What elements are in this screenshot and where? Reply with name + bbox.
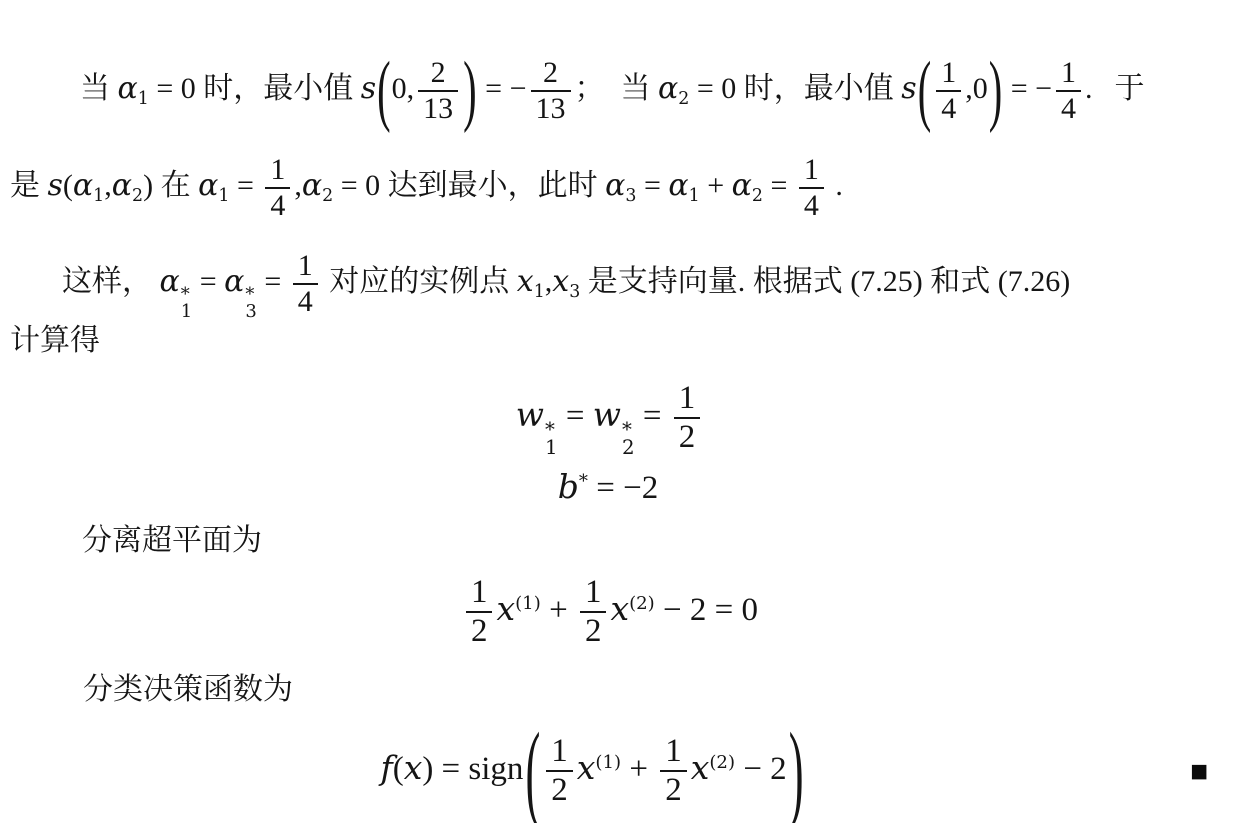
text-run: = 0 时，最小值 bbox=[149, 72, 353, 105]
var-subscript: 3 bbox=[625, 186, 636, 206]
text-run: 分类决策函数为 bbox=[83, 673, 293, 706]
fraction-1-2: 12 bbox=[466, 575, 493, 649]
numerator: 1 bbox=[466, 575, 493, 611]
text-run: = − bbox=[1003, 72, 1052, 105]
open-paren: ( bbox=[63, 169, 73, 202]
math-var-alpha1-star: α*1 bbox=[160, 264, 193, 299]
var-superscript: * bbox=[579, 471, 588, 492]
var-base: α bbox=[732, 168, 752, 203]
text-run: = bbox=[192, 265, 224, 298]
var-subscript: 1 bbox=[93, 186, 104, 206]
fraction-1-4: 14 bbox=[265, 154, 290, 222]
paragraph-line-1: 当 α1 = 0 时，最小值 s(0,213) = −213；当 α2 = 0 … bbox=[80, 40, 1145, 138]
var-base: α bbox=[605, 168, 625, 203]
var-superscript: (1) bbox=[595, 752, 621, 773]
math-var-x1-comp: x(1) bbox=[496, 589, 540, 628]
denominator: 13 bbox=[418, 90, 458, 125]
text-run: = bbox=[558, 398, 593, 434]
text-run: = bbox=[257, 265, 289, 298]
fraction-1-4: 14 bbox=[936, 57, 961, 125]
math-var-b-star: b* bbox=[558, 467, 588, 506]
var-base: α bbox=[302, 168, 322, 203]
text-run: 分离超平面为 bbox=[82, 524, 262, 557]
math-var-x2-comp: x(2) bbox=[610, 589, 654, 628]
qed-marker-icon: ■ bbox=[1190, 752, 1208, 792]
numerator: 1 bbox=[674, 381, 701, 417]
numerator: 1 bbox=[265, 154, 290, 186]
text-run: 当 bbox=[621, 72, 659, 105]
text-run: 对应的实例点 bbox=[322, 265, 517, 298]
text-run: 当 bbox=[80, 72, 118, 105]
close-paren: ) bbox=[789, 717, 804, 823]
text-run: 是支持向量. 根据式 (7.25) 和式 (7.26) bbox=[580, 265, 1070, 298]
math-var-alpha2: α2 bbox=[112, 168, 143, 203]
paragraph-line-2: 是 s(α1,α2) 在 α1 = 14,α2 = 0 达到最小，此时 α3 =… bbox=[10, 137, 843, 235]
text-run: ； bbox=[575, 72, 605, 105]
var-superscript: (2) bbox=[709, 752, 735, 773]
fraction-2-13: 213 bbox=[531, 57, 571, 125]
paragraph-line-3: 这样， α*1 = α*3 = 14 对应的实例点 x1,x3 是支持向量. 根… bbox=[62, 233, 1070, 331]
denominator: 4 bbox=[265, 187, 290, 222]
text-run: + bbox=[541, 592, 576, 628]
text-run: = bbox=[229, 169, 261, 202]
open-paren: ( bbox=[377, 52, 391, 131]
black-square-icon: ■ bbox=[1190, 755, 1208, 788]
denominator: 2 bbox=[674, 417, 701, 456]
var-base: x bbox=[517, 264, 534, 299]
open-paren: ( bbox=[393, 751, 404, 787]
close-paren: ) bbox=[143, 169, 153, 202]
scanned-textbook-page: 当 α1 = 0 时，最小值 s(0,213) = −213；当 α2 = 0 … bbox=[0, 0, 1240, 823]
var-base: α bbox=[73, 168, 93, 203]
decision-function-caption: 分类决策函数为 bbox=[83, 668, 293, 712]
var-subscript: 2 bbox=[322, 186, 333, 206]
text-run: ) = sign bbox=[422, 751, 523, 787]
equation-decision-function: f(x) = sign(12x(1) + 12x(2) − 2) bbox=[0, 712, 1213, 823]
var-scripts: *2 bbox=[622, 421, 635, 457]
denominator: 2 bbox=[580, 611, 607, 650]
numerator: 1 bbox=[799, 154, 824, 186]
math-var-alpha3: α3 bbox=[605, 168, 636, 203]
open-paren: ( bbox=[525, 717, 540, 823]
text-run: − 2 = 0 bbox=[655, 592, 758, 628]
math-var-alpha1: α1 bbox=[668, 168, 699, 203]
var-subscript: 1 bbox=[689, 186, 700, 206]
var-base: x bbox=[577, 748, 596, 787]
var-subscript: 1 bbox=[138, 89, 149, 109]
text-run: 于 bbox=[1115, 72, 1145, 105]
var-base: b bbox=[558, 467, 579, 506]
open-paren: ( bbox=[918, 52, 932, 131]
math-var-x2-comp: x(2) bbox=[691, 748, 735, 787]
var-base: α bbox=[224, 264, 244, 299]
text-run: = bbox=[635, 398, 670, 434]
hyperplane-caption: 分离超平面为 bbox=[82, 519, 262, 563]
fraction-1-2: 12 bbox=[546, 734, 573, 808]
equation-b-star: b* = −2 bbox=[0, 462, 1228, 513]
var-subscript: 1 bbox=[218, 186, 229, 206]
math-var-w1-star: w*1 bbox=[516, 395, 558, 434]
var-base: α bbox=[668, 168, 688, 203]
var-superscript: (2) bbox=[629, 593, 655, 614]
fraction-1-4: 14 bbox=[293, 250, 318, 318]
text-run: + bbox=[700, 169, 732, 202]
fraction-1-2: 12 bbox=[660, 734, 687, 808]
text-run: = 0 达到最小，此时 bbox=[333, 169, 605, 202]
denominator: 4 bbox=[799, 187, 824, 222]
math-var-alpha2: α2 bbox=[302, 168, 333, 203]
text-run: 在 bbox=[153, 169, 198, 202]
var-base: α bbox=[160, 264, 180, 299]
math-var-w2-star: w*2 bbox=[593, 395, 635, 434]
var-subscript: 2 bbox=[622, 439, 635, 457]
numerator: 2 bbox=[538, 57, 563, 89]
math-var-alpha1: α1 bbox=[118, 71, 149, 106]
period: . bbox=[828, 169, 843, 202]
var-scripts: *1 bbox=[545, 421, 558, 457]
text-run: . bbox=[1085, 72, 1093, 105]
var-base: x bbox=[691, 748, 710, 787]
numerator: 1 bbox=[293, 250, 318, 282]
math-var-x1-comp: x(1) bbox=[577, 748, 621, 787]
equation-hyperplane: 12x(1) + 12x(2) − 2 = 0 bbox=[0, 563, 1230, 656]
math-var-x: x bbox=[404, 748, 423, 787]
var-subscript: 3 bbox=[569, 282, 580, 302]
numerator: 2 bbox=[426, 57, 451, 89]
denominator: 2 bbox=[466, 611, 493, 650]
text-run: ,0 bbox=[965, 72, 988, 105]
text-run: 是 bbox=[10, 169, 48, 202]
paragraph-line-4: 计算得 bbox=[10, 318, 100, 364]
text-run: = bbox=[763, 169, 795, 202]
math-var-x1: x1 bbox=[517, 264, 545, 299]
numerator: 1 bbox=[546, 734, 573, 770]
numerator: 1 bbox=[936, 57, 961, 89]
fraction-2-13: 213 bbox=[418, 57, 458, 125]
math-var-x3: x3 bbox=[552, 264, 580, 299]
denominator: 2 bbox=[546, 770, 573, 809]
var-base: α bbox=[198, 168, 218, 203]
var-subscript: 2 bbox=[678, 89, 689, 109]
var-subscript: 2 bbox=[752, 186, 763, 206]
var-base: α bbox=[118, 71, 138, 106]
var-superscript: (1) bbox=[515, 593, 541, 614]
text-run: 这样， bbox=[62, 265, 160, 298]
text-run: = 0 时，最小值 bbox=[689, 72, 893, 105]
math-var-alpha1: α1 bbox=[73, 168, 104, 203]
fraction-1-4: 14 bbox=[799, 154, 824, 222]
denominator: 4 bbox=[1056, 90, 1081, 125]
text-run: = bbox=[636, 169, 668, 202]
var-subscript: 1 bbox=[181, 304, 192, 321]
fraction-1-2: 12 bbox=[580, 575, 607, 649]
close-paren: ) bbox=[463, 52, 477, 131]
var-base: w bbox=[593, 395, 621, 434]
numerator: 1 bbox=[1056, 57, 1081, 89]
denominator: 4 bbox=[293, 283, 318, 318]
text-run: = −2 bbox=[588, 470, 658, 506]
var-base: w bbox=[516, 395, 544, 434]
equation-w-star: w*1 = w*2 = 12 bbox=[0, 368, 1230, 463]
text-run: = − bbox=[478, 72, 527, 105]
close-paren: ) bbox=[989, 52, 1003, 131]
fraction-1-2: 12 bbox=[674, 381, 701, 455]
comma: , bbox=[294, 169, 302, 202]
math-var-alpha1: α1 bbox=[198, 168, 229, 203]
math-var-alpha2: α2 bbox=[732, 168, 763, 203]
math-var-s: s bbox=[48, 168, 63, 203]
text-run: − 2 bbox=[735, 751, 787, 787]
var-base: x bbox=[496, 589, 515, 628]
var-scripts: *1 bbox=[181, 287, 192, 320]
math-var-s: s bbox=[361, 71, 376, 106]
var-subscript: 3 bbox=[245, 304, 256, 321]
var-subscript: 1 bbox=[534, 282, 545, 302]
var-base: x bbox=[610, 589, 629, 628]
var-scripts: *3 bbox=[245, 287, 256, 320]
text-run: 计算得 bbox=[10, 324, 100, 357]
fraction-1-4: 14 bbox=[1056, 57, 1081, 125]
math-var-alpha2: α2 bbox=[658, 71, 689, 106]
numerator: 1 bbox=[660, 734, 687, 770]
var-subscript: 2 bbox=[132, 186, 143, 206]
numerator: 1 bbox=[580, 575, 607, 611]
denominator: 4 bbox=[936, 90, 961, 125]
var-base: x bbox=[552, 264, 569, 299]
math-var-f: f bbox=[380, 748, 392, 787]
comma: , bbox=[104, 169, 112, 202]
var-base: α bbox=[112, 168, 132, 203]
denominator: 13 bbox=[531, 90, 571, 125]
math-var-alpha3-star: α*3 bbox=[224, 264, 257, 299]
var-base: α bbox=[658, 71, 678, 106]
var-subscript: 1 bbox=[545, 439, 558, 457]
text-run: + bbox=[621, 751, 656, 787]
text-run: 0, bbox=[392, 72, 415, 105]
denominator: 2 bbox=[660, 770, 687, 809]
math-var-s: s bbox=[901, 71, 916, 106]
